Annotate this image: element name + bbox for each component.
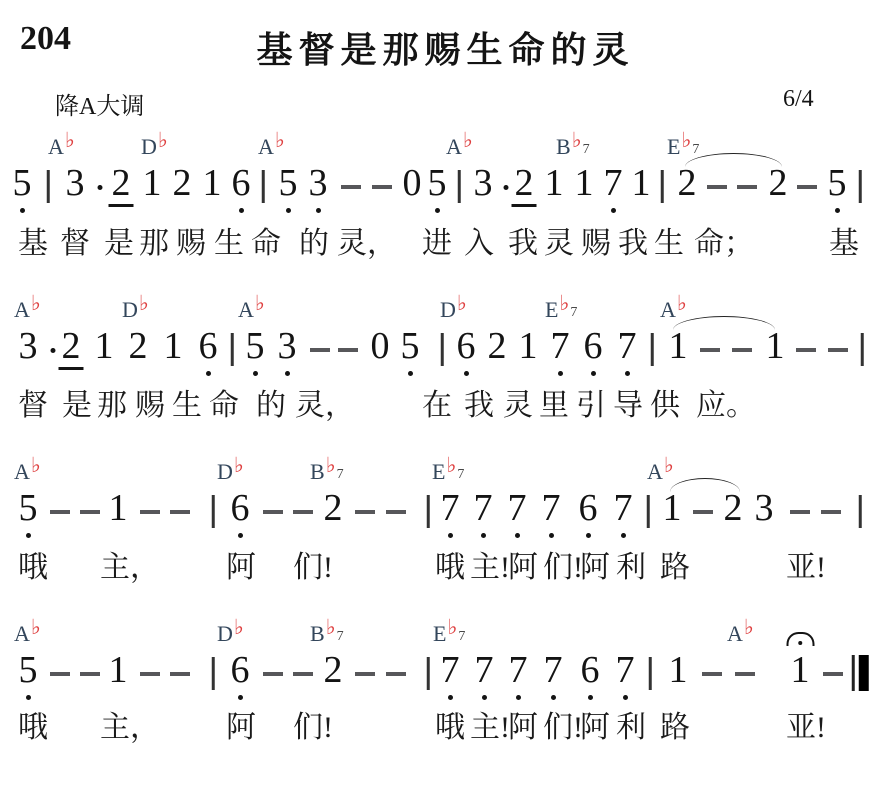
lyric-syllable: 主! [470, 710, 510, 746]
chord-symbol: A♭ [238, 299, 265, 321]
lyric-syllable: 引 [576, 388, 606, 424]
barline [859, 495, 862, 528]
flat-sign: ♭ [65, 128, 75, 152]
flat-sign: ♭ [275, 128, 285, 152]
chord-symbol: A♭ [727, 623, 754, 645]
chord-root-letter: B [310, 459, 325, 484]
augmentation-dot [98, 185, 103, 190]
octave-dot [408, 371, 413, 376]
lyric-syllable: 们! [293, 710, 333, 746]
lyric-syllable: 生 [654, 226, 684, 262]
note-digit: 7 [509, 651, 528, 689]
chord-symbol: D♭ [141, 136, 168, 158]
octave-dot [20, 208, 25, 213]
dash-extension [796, 348, 816, 352]
lyric-syllable: 供 [650, 388, 680, 424]
note-digit: 5 [428, 164, 447, 202]
fermata-icon [786, 632, 814, 646]
flat-sign: ♭ [664, 453, 674, 477]
barline [262, 170, 265, 203]
final-barline-thick [858, 655, 868, 691]
lyric-syllable: 那 [139, 226, 169, 262]
chord-root-letter: A [660, 297, 676, 322]
octave-dot [435, 208, 440, 213]
note-digit: 3 [309, 164, 328, 202]
note-digit: 2 [173, 164, 192, 202]
lyric-syllable: 哦 [435, 550, 465, 586]
octave-dot [588, 695, 593, 700]
lyric-syllable: 阿 [508, 710, 538, 746]
lyric-syllable: 生 [172, 388, 202, 424]
barline [859, 170, 862, 203]
dash-extension [50, 510, 70, 514]
note-digit: 2 [512, 164, 537, 207]
lyric-syllable: 赐 [176, 226, 206, 262]
note-digit: 7 [618, 327, 637, 365]
flat-sign: ♭ [681, 128, 691, 152]
key-signature: 降A大调 [55, 86, 144, 121]
octave-dot [591, 371, 596, 376]
dash-extension [310, 348, 330, 352]
note-digit: 1 [669, 327, 688, 365]
note-digit: 1 [203, 164, 222, 202]
flat-sign: ♭ [559, 291, 569, 315]
flat-sign: ♭ [158, 128, 168, 152]
lyric-syllable: 在 [422, 388, 452, 424]
lyric-syllable: 哦 [18, 710, 48, 746]
dash-extension [170, 510, 190, 514]
lyric-syllable: 命； [694, 226, 754, 262]
lyric-syllable: 进 [422, 226, 452, 262]
chord-root-letter: A [48, 134, 64, 159]
chord-seventh: 7 [337, 629, 344, 644]
note-digit: 3 [278, 327, 297, 365]
lyric-syllable: 哦 [18, 550, 48, 586]
chord-root-letter: D [122, 297, 138, 322]
lyric-syllable: 哦 [435, 710, 465, 746]
note-digit: 7 [542, 489, 561, 527]
octave-dot [464, 371, 469, 376]
lyric-syllable: 入 [464, 226, 494, 262]
barline [649, 657, 652, 690]
barline [427, 657, 430, 690]
dash-extension [293, 510, 313, 514]
lyric-syllable: 是 [62, 388, 92, 424]
flat-sign: ♭ [447, 615, 457, 639]
flat-sign: ♭ [326, 453, 336, 477]
lyric-syllable: 们! [543, 710, 583, 746]
note-digit: 7 [441, 651, 460, 689]
flat-sign: ♭ [234, 615, 244, 639]
lyric-syllable: 阿 [580, 710, 610, 746]
flat-sign: ♭ [31, 453, 41, 477]
note-digit: 7 [614, 489, 633, 527]
dash-extension [732, 348, 752, 352]
chord-root-letter: E [545, 297, 558, 322]
octave-dot [551, 695, 556, 700]
note-digit: 6 [232, 164, 251, 202]
octave-dot [239, 208, 244, 213]
note-digit: 5 [828, 164, 847, 202]
dash-extension [341, 185, 361, 189]
octave-dot [238, 533, 243, 538]
octave-dot [26, 533, 31, 538]
note-digit: 3 [19, 327, 38, 365]
lyric-syllable: 里 [539, 388, 569, 424]
note-digit: 2 [59, 327, 84, 370]
lyric-syllable: 主， [100, 550, 160, 586]
dash-extension [140, 672, 160, 676]
dash-extension [263, 510, 283, 514]
lyric-syllable: 阿 [226, 710, 256, 746]
chord-root-letter: A [14, 621, 30, 646]
note-digit: 5 [401, 327, 420, 365]
note-digit: 1 [669, 651, 688, 689]
lyric-syllable: 阿 [508, 550, 538, 586]
chord-root-letter: B [556, 134, 571, 159]
flat-sign: ♭ [255, 291, 265, 315]
octave-dot [621, 533, 626, 538]
octave-dot [286, 208, 291, 213]
dash-extension [293, 672, 313, 676]
lyric-syllable: 路 [660, 710, 690, 746]
dash-extension [790, 510, 810, 514]
note-digit: 5 [246, 327, 265, 365]
flat-sign: ♭ [463, 128, 473, 152]
lyric-syllable: 导 [613, 388, 643, 424]
note-digit: 0 [371, 327, 390, 365]
chord-root-letter: E [433, 621, 446, 646]
chord-root-letter: D [440, 297, 456, 322]
flat-sign: ♭ [234, 453, 244, 477]
dash-extension [338, 348, 358, 352]
lyric-syllable: 基 [829, 226, 859, 262]
octave-dot [625, 371, 630, 376]
chord-seventh: 7 [457, 467, 464, 482]
dash-extension [693, 510, 713, 514]
dash-extension [737, 185, 757, 189]
lyric-syllable: 赐 [581, 226, 611, 262]
lyric-syllable: 命 [209, 388, 239, 424]
note-digit: 3 [755, 489, 774, 527]
lyric-syllable: 那 [97, 388, 127, 424]
dash-extension [263, 672, 283, 676]
chord-symbol: A♭ [48, 136, 75, 158]
note-digit: 1 [545, 164, 564, 202]
note-digit: 3 [66, 164, 85, 202]
note-digit: 7 [544, 651, 563, 689]
barline [458, 170, 461, 203]
note-digit: 1 [109, 651, 128, 689]
chord-seventh: 7 [570, 305, 577, 320]
barline [47, 170, 50, 203]
time-signature: 6/4 [783, 86, 814, 113]
note-digit: 5 [19, 489, 38, 527]
chord-root-letter: A [14, 297, 30, 322]
lyric-syllable: 灵 [503, 388, 533, 424]
octave-dot [586, 533, 591, 538]
octave-dot [316, 208, 321, 213]
note-digit: 7 [616, 651, 635, 689]
note-digit: 1 [519, 327, 538, 365]
octave-dot [515, 533, 520, 538]
slur-arc [685, 153, 782, 167]
flat-sign: ♭ [572, 128, 582, 152]
chord-root-letter: E [667, 134, 680, 159]
barline [231, 333, 234, 366]
chord-symbol: A♭ [258, 136, 285, 158]
dash-extension [821, 510, 841, 514]
barline [661, 170, 664, 203]
chord-root-letter: A [258, 134, 274, 159]
note-digit: 2 [488, 327, 507, 365]
barline [861, 333, 864, 366]
note-digit: 6 [231, 489, 250, 527]
chord-root-letter: A [238, 297, 254, 322]
note-digit: 7 [474, 489, 493, 527]
chord-symbol: A♭ [446, 136, 473, 158]
barline [651, 333, 654, 366]
lyric-syllable: 灵 [544, 226, 574, 262]
chord-symbol: A♭ [14, 461, 41, 483]
note-digit: 6 [199, 327, 218, 365]
lyric-syllable: 我 [508, 226, 538, 262]
chord-symbol: A♭ [647, 461, 674, 483]
chord-symbol: A♭ [660, 299, 687, 321]
octave-dot [549, 533, 554, 538]
note-digit: 6 [584, 327, 603, 365]
octave-dot [238, 695, 243, 700]
dash-extension [170, 672, 190, 676]
lyric-syllable: 督 [18, 388, 48, 424]
note-digit: 2 [769, 164, 788, 202]
chord-symbol: A♭ [14, 623, 41, 645]
lyric-syllable: 亚! [786, 710, 826, 746]
chord-root-letter: D [217, 621, 233, 646]
chord-seventh: 7 [583, 142, 590, 157]
chord-seventh: 7 [458, 629, 465, 644]
note-digit: 5 [279, 164, 298, 202]
octave-dot [482, 695, 487, 700]
dash-extension [828, 348, 848, 352]
lyric-syllable: 我 [618, 226, 648, 262]
dash-extension [386, 672, 406, 676]
note-digit: 5 [13, 164, 32, 202]
lyric-syllable: 们! [293, 550, 333, 586]
note-digit: 2 [678, 164, 697, 202]
lyric-syllable: 督 [60, 226, 90, 262]
dash-extension [707, 185, 727, 189]
barline [212, 495, 215, 528]
barline [647, 495, 650, 528]
note-digit: 2 [129, 327, 148, 365]
chord-symbol: A♭ [14, 299, 41, 321]
lyric-syllable: 灵， [295, 388, 355, 424]
flat-sign: ♭ [139, 291, 149, 315]
lyric-syllable: 基 [18, 226, 48, 262]
page-title: 基督是那赐生命的灵 [0, 22, 891, 73]
note-digit: 7 [441, 489, 460, 527]
note-digit: 2 [109, 164, 134, 207]
chord-symbol: E♭7 [433, 623, 465, 645]
octave-dot [835, 208, 840, 213]
chord-root-letter: A [727, 621, 743, 646]
note-digit: 1 [164, 327, 183, 365]
note-digit: 1 [109, 489, 128, 527]
note-digit: 7 [508, 489, 527, 527]
lyric-syllable: 利 [616, 710, 646, 746]
dash-extension [80, 672, 100, 676]
final-barline [852, 655, 869, 691]
note-digit: 1 [791, 651, 810, 689]
dash-extension [735, 672, 755, 676]
octave-dot [558, 371, 563, 376]
note-digit: 5 [19, 651, 38, 689]
chord-symbol: D♭ [217, 623, 244, 645]
chord-root-letter: A [446, 134, 462, 159]
note-digit: 1 [143, 164, 162, 202]
dash-extension [823, 672, 843, 676]
note-digit: 6 [581, 651, 600, 689]
lyric-syllable: 利 [616, 550, 646, 586]
lyric-syllable: 路 [660, 550, 690, 586]
lyric-syllable: 灵， [337, 226, 397, 262]
octave-dot [481, 533, 486, 538]
lyric-syllable: 主， [100, 710, 160, 746]
chord-root-letter: B [310, 621, 325, 646]
lyric-syllable: 阿 [226, 550, 256, 586]
lyric-syllable: 们! [543, 550, 583, 586]
note-digit: 1 [766, 327, 785, 365]
flat-sign: ♭ [446, 453, 456, 477]
dash-extension [140, 510, 160, 514]
note-digit: 2 [324, 489, 343, 527]
dash-extension [50, 672, 70, 676]
octave-dot [448, 695, 453, 700]
chord-root-letter: A [647, 459, 663, 484]
lyric-syllable: 阿 [580, 550, 610, 586]
lyric-syllable: 主! [470, 550, 510, 586]
dash-extension [355, 510, 375, 514]
augmentation-dot [51, 348, 56, 353]
lyric-syllable: 生 [214, 226, 244, 262]
note-digit: 7 [604, 164, 623, 202]
chord-symbol: D♭ [440, 299, 467, 321]
flat-sign: ♭ [677, 291, 687, 315]
chord-symbol: E♭7 [667, 136, 699, 158]
chord-symbol: E♭7 [545, 299, 577, 321]
lyric-syllable: 的 [299, 226, 329, 262]
chord-symbol: B♭7 [556, 136, 590, 158]
note-digit: 7 [551, 327, 570, 365]
dash-extension [702, 672, 722, 676]
note-digit: 2 [324, 651, 343, 689]
lyric-syllable: 命 [251, 226, 281, 262]
note-digit: 1 [575, 164, 594, 202]
note-digit: 1 [95, 327, 114, 365]
lyric-syllable: 是 [104, 226, 134, 262]
barline [441, 333, 444, 366]
dash-extension [372, 185, 392, 189]
chord-root-letter: D [141, 134, 157, 159]
octave-dot [26, 695, 31, 700]
lyric-syllable: 应。 [696, 388, 756, 424]
lyric-syllable: 的 [256, 388, 286, 424]
barline [427, 495, 430, 528]
note-digit: 7 [475, 651, 494, 689]
flat-sign: ♭ [744, 615, 754, 639]
lyric-syllable: 赐 [135, 388, 165, 424]
flat-sign: ♭ [457, 291, 467, 315]
dash-extension [386, 510, 406, 514]
chord-root-letter: A [14, 459, 30, 484]
chord-symbol: B♭7 [310, 623, 344, 645]
octave-dot [448, 533, 453, 538]
note-digit: 2 [724, 489, 743, 527]
chord-seventh: 7 [337, 467, 344, 482]
note-digit: 6 [579, 489, 598, 527]
slur-arc [673, 316, 775, 330]
chord-symbol: E♭7 [432, 461, 464, 483]
augmentation-dot [504, 185, 509, 190]
lyric-syllable: 亚! [786, 550, 826, 586]
hymn-sheet: 204 基督是那赐生命的灵 降A大调 6/4 A♭D♭A♭A♭B♭7E♭7532… [0, 0, 891, 791]
chord-symbol: B♭7 [310, 461, 344, 483]
chord-symbol: D♭ [122, 299, 149, 321]
lyric-syllable: 我 [464, 388, 494, 424]
octave-dot [623, 695, 628, 700]
chord-root-letter: E [432, 459, 445, 484]
dash-extension [80, 510, 100, 514]
octave-dot [285, 371, 290, 376]
slur-arc [670, 478, 740, 492]
octave-dot [253, 371, 258, 376]
chord-seventh: 7 [692, 142, 699, 157]
note-digit: 1 [632, 164, 651, 202]
dash-extension [700, 348, 720, 352]
final-barline-thin [852, 655, 855, 691]
dash-extension [355, 672, 375, 676]
octave-dot [206, 371, 211, 376]
note-digit: 1 [663, 489, 682, 527]
flat-sign: ♭ [31, 615, 41, 639]
dash-extension [797, 185, 817, 189]
barline [212, 657, 215, 690]
note-digit: 6 [231, 651, 250, 689]
note-digit: 0 [403, 164, 422, 202]
flat-sign: ♭ [31, 291, 41, 315]
octave-dot [516, 695, 521, 700]
octave-dot [611, 208, 616, 213]
chord-root-letter: D [217, 459, 233, 484]
note-digit: 3 [474, 164, 493, 202]
flat-sign: ♭ [326, 615, 336, 639]
chord-symbol: D♭ [217, 461, 244, 483]
note-digit: 6 [457, 327, 476, 365]
